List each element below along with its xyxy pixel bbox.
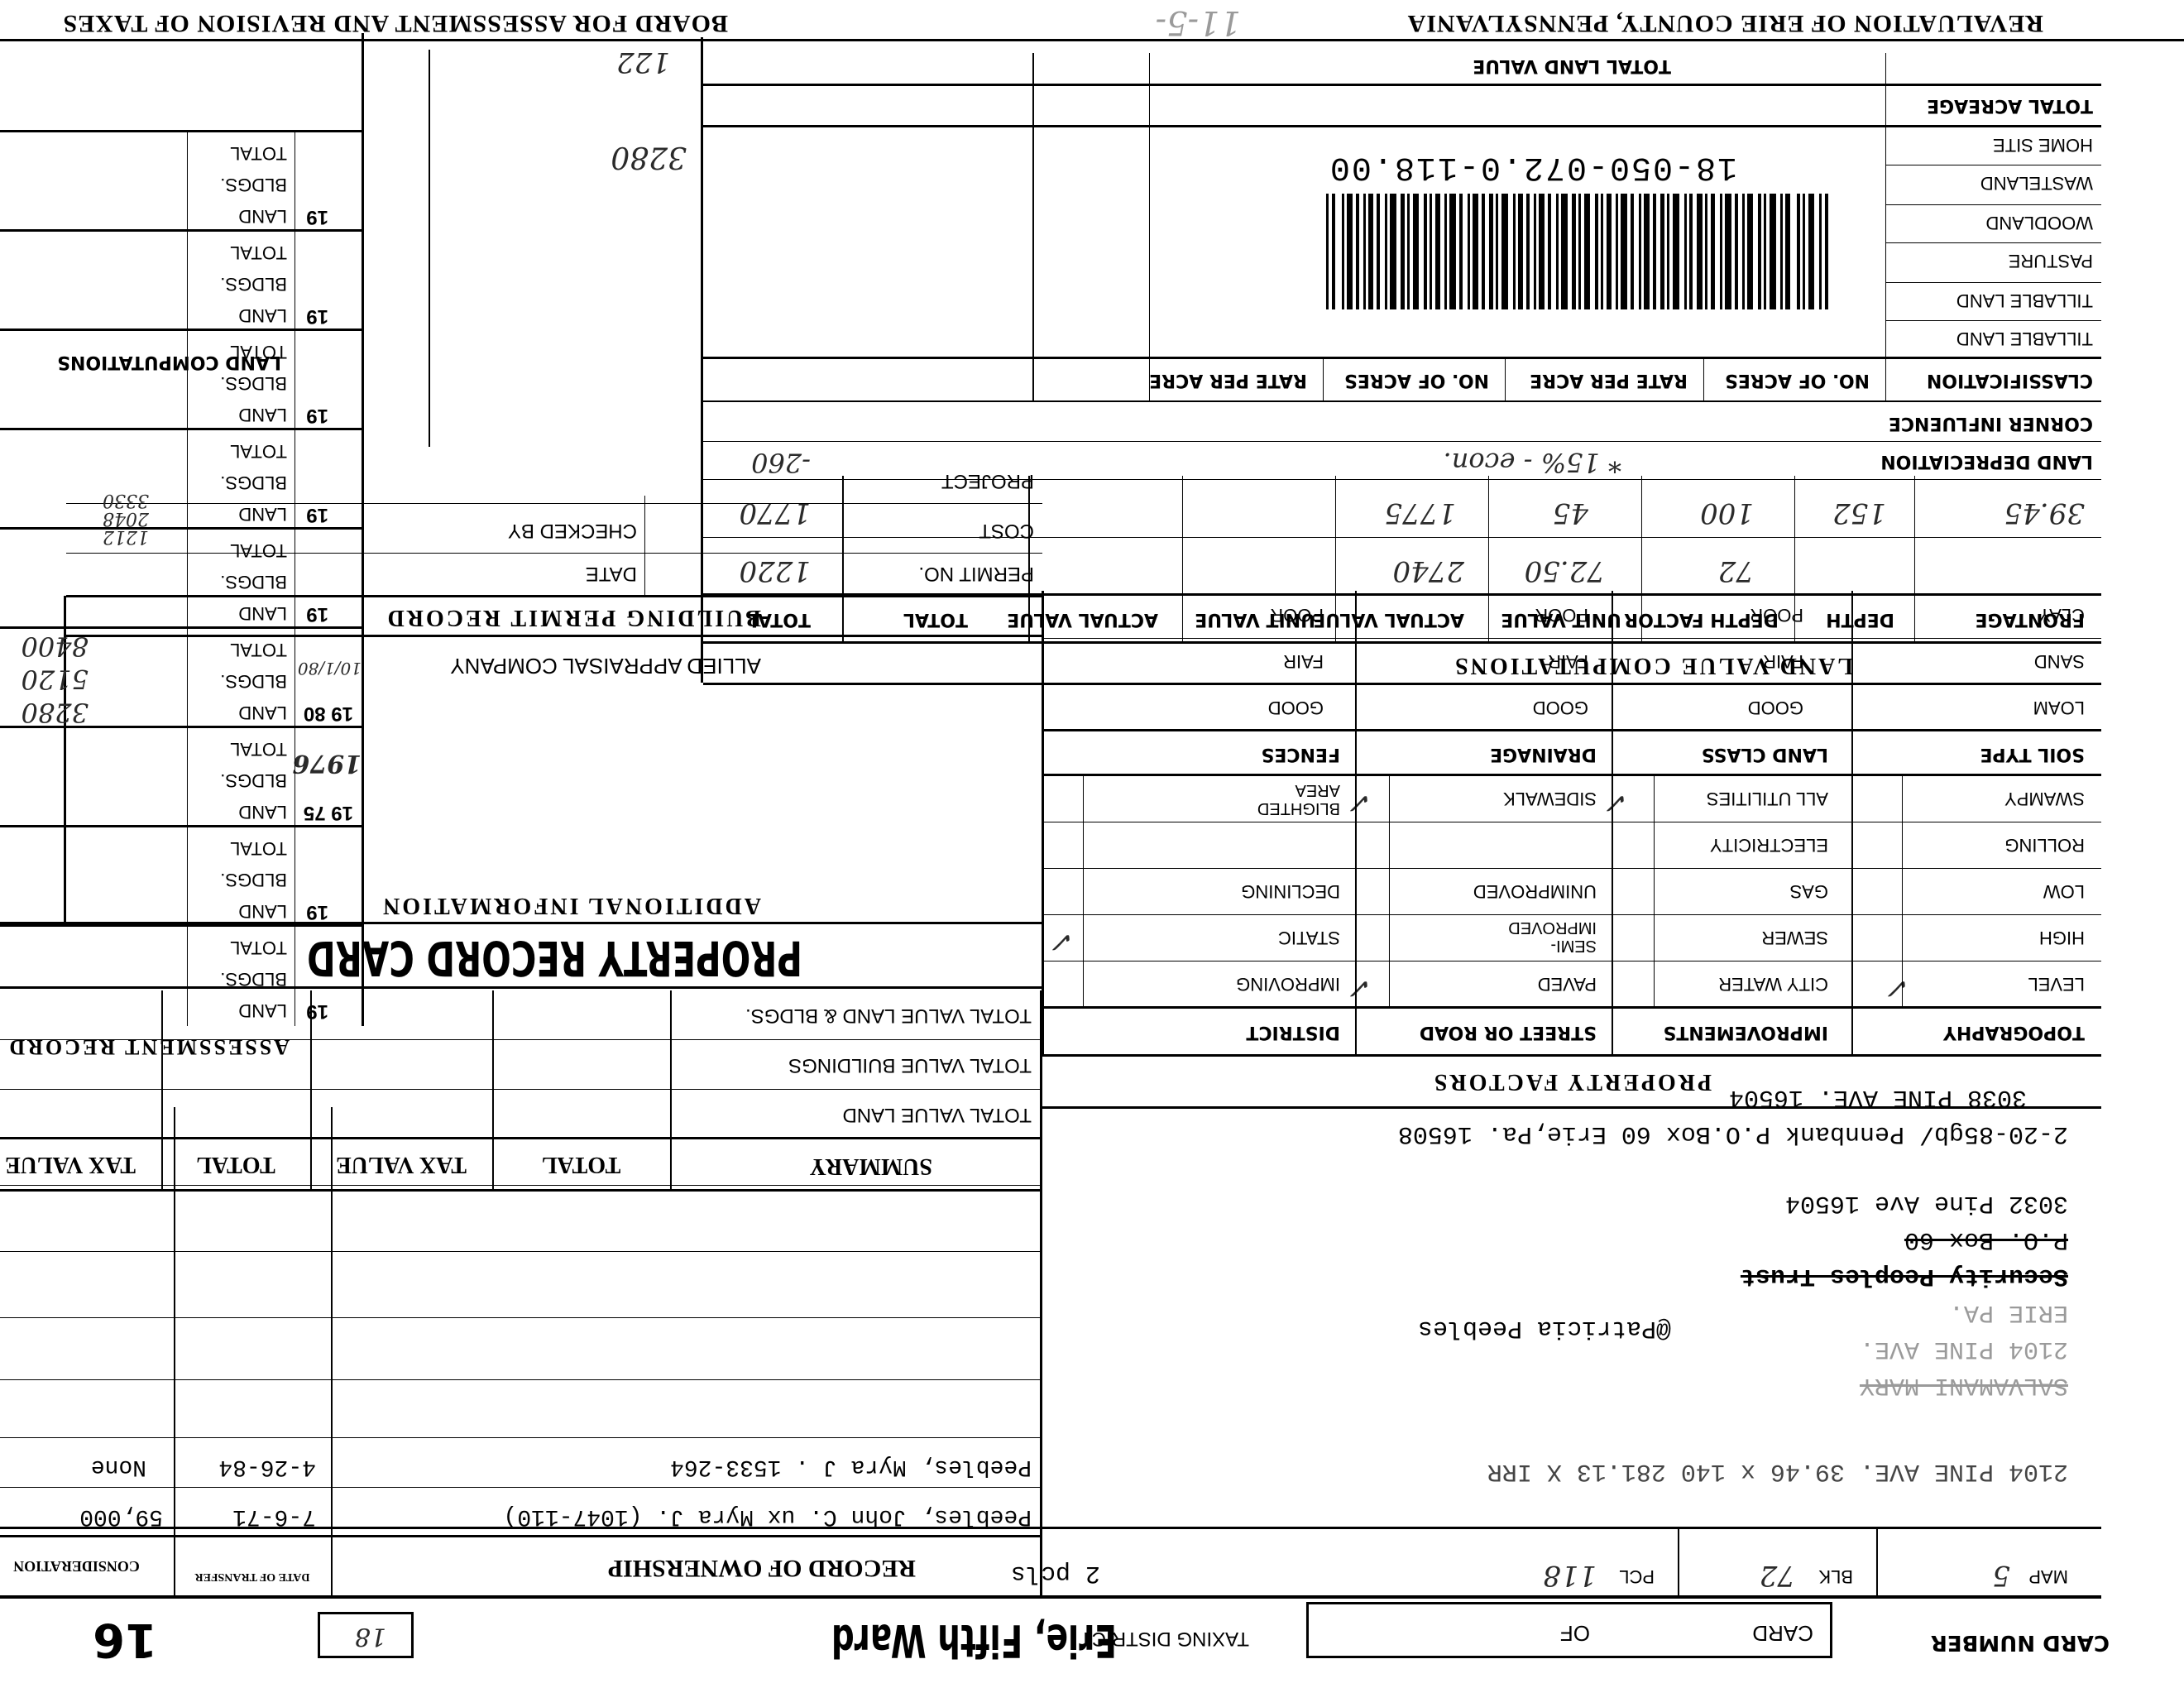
total-label: TOTAL [230, 639, 287, 660]
assessment-year: 19 [306, 900, 328, 923]
total-land-value-label: TOTAL LAND VALUE [1473, 55, 1671, 76]
actual-value: 1775 [1384, 496, 1456, 530]
address-line-4: Security Peoples Trust [1075, 1258, 2068, 1294]
pcl-value[interactable]: 118 [1543, 1559, 1597, 1592]
sidewalk-option[interactable]: SIDEWALK [1503, 788, 1597, 809]
summary-title: SUMMARY [810, 1153, 932, 1179]
address-line-7: 2-20-85gb/ Pennbank P.O.Box 60 Erie,Pa. … [1075, 1115, 2068, 1152]
sidewalk-check-icon[interactable]: ✓ [1350, 786, 1374, 819]
property-record-card-title: PROPERTY RECORD CARD [307, 930, 802, 986]
assessment-year: 19 75 [304, 801, 353, 824]
unit-value-header: UNIT VALUE [1501, 609, 1621, 630]
bldgs-label: BLDGS. [220, 472, 287, 493]
assessment-total-value: 8400 [22, 631, 89, 662]
address-line-1: SALVAMANI MARY [1075, 1367, 2068, 1403]
paved-check-icon[interactable]: ✓ [1350, 971, 1374, 1005]
right-divider [701, 37, 703, 683]
total-label: TOTAL [230, 440, 287, 462]
street-road-header: STREET OR ROAD [1420, 1022, 1597, 1043]
tillable-land-row-2: TILLABLE LAND [1956, 290, 2093, 311]
improvements-header: IMPROVEMENTS [1664, 1022, 1829, 1043]
frontage-value: 39.45 [2004, 496, 2085, 530]
property-factors-title: PROPERTY FACTORS [1042, 1054, 2101, 1106]
card-of-box[interactable]: CARD OF [1306, 1602, 1832, 1658]
wasteland-row: WASTELAND [1980, 172, 2093, 194]
taxing-district-value: Erie, Fifth Ward [831, 1614, 1117, 1666]
all-utilities-check-icon[interactable]: ✓ [1607, 786, 1631, 819]
map-label: MAP [2028, 1566, 2068, 1587]
ownership-row-3 [0, 1317, 1040, 1380]
board-title: BOARD FOR ASSESSMENT AND REVISION OF TAX… [63, 9, 728, 37]
pcl-label: PCL [1619, 1566, 1655, 1587]
land-label: LAND [238, 900, 287, 922]
total-land-value-prior: 122 [616, 46, 670, 79]
swampy-option[interactable]: SWAMPY [2004, 788, 2085, 809]
summary-row-label: TOTAL VALUE LAND [842, 1103, 1032, 1126]
summary-col-total-2: TOTAL [161, 1139, 312, 1189]
assessment-block-2: 19 75 1976 LAND BLDGS. TOTAL [0, 726, 362, 827]
assessment-year: 19 [306, 503, 328, 526]
land-depreciation-value: -260 [751, 447, 811, 478]
parcel-row: MAP 5 BLK 72 PCL 118 2 pcls [1042, 1529, 2101, 1595]
allied-appraisal-company: ALLIED APPRAISAL COMPANY [450, 653, 761, 679]
revaluation-title: REVALUATION OF ERIE COUNTY, PENNSYLVANIA [1407, 9, 2043, 37]
date-of-transfer-header: DATE OF TRANSFER [174, 1527, 333, 1595]
fences-good[interactable]: GOOD [1268, 697, 1324, 718]
depth-factor-value: 72 [1718, 554, 1754, 587]
level-option[interactable]: LEVEL [2028, 973, 2086, 995]
ownership-row-4 [0, 1251, 1040, 1318]
improving-option[interactable]: IMPROVING [1236, 973, 1340, 995]
unit-value-header-2: UNIT VALUE [1195, 609, 1315, 630]
soil-type-header: SOIL TYPE [1980, 744, 2086, 765]
home-site-row: HOME SITE [1993, 134, 2093, 156]
bottom-rule [0, 39, 2184, 41]
high-option[interactable]: HIGH [2039, 927, 2085, 948]
rolling-option[interactable]: ROLLING [2004, 834, 2085, 856]
total-acreage-row: TOTAL ACREAGE [1927, 95, 2093, 116]
assessment-year: 19 [306, 404, 328, 427]
summary-col-tax-value-2: TAX VALUE [0, 1139, 163, 1189]
gas-option[interactable]: GAS [1790, 880, 1828, 902]
no-of-acres-header-2: NO. OF ACRES [1344, 370, 1489, 391]
rate-per-acre-header-2: RATE PER ACRE [1149, 370, 1307, 391]
ownership-title: RECORD OF OWNERSHIP [608, 1554, 916, 1582]
bldgs-label: BLDGS. [220, 571, 287, 592]
drainage-good[interactable]: GOOD [1533, 697, 1588, 718]
land-label: LAND [238, 305, 287, 326]
total-label: TOTAL [230, 937, 287, 958]
owner-address-block: 2104 PINE AVE. 39.46 x 140 281.13 X IRR … [1075, 1079, 2068, 1489]
bldgs-label: BLDGS. [220, 770, 287, 791]
assessment-year: 19 [306, 305, 328, 328]
assessment-record-title: ASSESSMENT RECORD [7, 1034, 290, 1059]
ownership-row-0: Peebles, John C. ux Myra J. (1047-110) 7… [0, 1487, 1040, 1537]
total-label: TOTAL [230, 738, 287, 760]
address-line-6: 3032 Pine Ave 16504 [1075, 1185, 2068, 1221]
land-value-computations-title: LAND VALUE COMPUTATIONS [1453, 652, 1853, 679]
unimproved-option[interactable]: UNIMPROVED [1473, 880, 1597, 902]
assessment-block-6: 19 LAND BLDGS. TOTAL [0, 328, 362, 430]
all-utilities-option[interactable]: ALL UTILITIES [1707, 788, 1828, 809]
level-check-icon[interactable]: ✓ [1888, 971, 1912, 1005]
assessment-block-4: 19 LAND BLDGS. TOTAL [0, 527, 362, 629]
summary-row-label: TOTAL VALUE BUILDINGS [788, 1053, 1032, 1077]
assessment-land-value: 3280 [22, 697, 89, 728]
assessment-year: 19 [306, 602, 328, 626]
rate-per-acre-header: RATE PER ACRE [1530, 370, 1688, 391]
fences-fair[interactable]: FAIR [1283, 650, 1324, 672]
land-label: LAND [238, 801, 287, 822]
classification-table: CLASSIFICATION NO. OF ACRES RATE PER ACR… [703, 53, 2101, 400]
ownership-consideration: 59,000 [79, 1503, 163, 1529]
bldgs-label: BLDGS. [220, 174, 287, 195]
assessment-stamp: 1976 [293, 749, 362, 778]
ownership-date: 7-6-71 [232, 1503, 316, 1529]
handwritten-date: 11-5- [1156, 3, 1241, 41]
address-line-5: P.O. Box 60 [1075, 1221, 2068, 1258]
assessment-bldgs-value: 5120 [22, 664, 89, 695]
land-label: LAND [238, 205, 287, 227]
bldgs-label: BLDGS. [220, 273, 287, 295]
ownership-consideration: None [91, 1454, 146, 1479]
summary-col-tax-value: TAX VALUE [310, 1139, 494, 1189]
total-label: TOTAL [230, 341, 287, 362]
bldgs-label: BLDGS. [220, 670, 287, 692]
assessment-block-5: 19 LAND BLDGS. TOTAL [0, 428, 362, 530]
bldgs-label: BLDGS. [220, 968, 287, 990]
land-class-good[interactable]: GOOD [1748, 697, 1803, 718]
right-divider-2 [429, 50, 430, 447]
total-value: 1220 [739, 554, 811, 587]
assessment-record-table: 19 LAND BLDGS. TOTAL 19 LAND BLDGS. TOTA… [0, 33, 364, 1026]
pasture-row: PASTURE [2009, 250, 2093, 271]
paved-option[interactable]: PAVED [1538, 973, 1597, 995]
ownership-row-2 [0, 1379, 1040, 1438]
assessment-block-1: 19 LAND BLDGS. TOTAL [0, 825, 362, 927]
district-header: DISTRICT [1246, 1022, 1340, 1043]
sewer-option[interactable]: SEWER [1761, 927, 1828, 948]
assessment-block-8: 19 LAND BLDGS. TOTAL [0, 130, 362, 232]
stamp-box: 18 [318, 1612, 414, 1658]
land-class-header: LAND CLASS [1702, 744, 1828, 765]
topography-header: TOPOGRAPHY [1943, 1022, 2085, 1043]
land-value-row-1: 39.45 152 100 45 1775 1770 [703, 479, 2101, 538]
land-label: LAND [238, 503, 287, 525]
total-header: TOTAL [903, 609, 968, 630]
fences-header: FENCES [1262, 744, 1341, 765]
assessment-block-0: 19 LAND BLDGS. TOTAL [0, 924, 362, 1026]
depth-factor-header: DEPTH FACTOR [1624, 609, 1779, 630]
depth-value: 152 [1832, 496, 1886, 530]
total-label: TOTAL [230, 837, 287, 859]
assessment-block-3: 19 80 10/1/80 LAND BLDGS. TOTAL 3280 512… [0, 626, 362, 728]
summary-row-land: TOTAL VALUE LAND [0, 1089, 1040, 1139]
city-water-option[interactable]: CITY WATER [1718, 973, 1828, 995]
static-option[interactable]: STATIC [1278, 927, 1340, 948]
blk-value[interactable]: 72 [1760, 1559, 1795, 1592]
blk-label: BLK [1818, 1566, 1853, 1587]
total-label: TOTAL [230, 242, 287, 263]
assessment-stamp: 10/1/80 [298, 659, 362, 679]
land-label: LAND [238, 702, 287, 723]
ward-number: 16 [93, 1613, 157, 1666]
total-land-value: 3280 [611, 140, 687, 174]
depth-header: DEPTH [1826, 609, 1894, 630]
ownership-owner: Peebles, Myra J . 1533-264 [670, 1454, 1032, 1479]
land-label: LAND [238, 602, 287, 624]
drainage-header: DRAINAGE [1490, 744, 1597, 765]
care-of-line: @Patricia Peebles [1418, 1314, 1671, 1342]
electricity-option[interactable]: ELECTRICITY [1710, 834, 1828, 856]
tillable-land-row: TILLABLE LAND [1956, 328, 2093, 349]
parcel-id: 18-050-072.0-118.00 [1329, 148, 1737, 185]
land-depreciation-note: * 15% - econ. [1444, 447, 1621, 478]
declining-option[interactable]: DECLINING [1241, 880, 1340, 902]
total-header-2: TOTAL [746, 609, 811, 630]
depth-factor-value: 100 [1700, 496, 1754, 530]
land-label: LAND [238, 404, 287, 425]
sand-option[interactable]: SAND [2034, 650, 2085, 672]
assessment-block-7: 19 LAND BLDGS. TOTAL [0, 229, 362, 331]
total-label: TOTAL [230, 539, 287, 561]
ownership-date: 4-26-84 [218, 1454, 316, 1479]
no-of-acres-header: NO. OF ACRES [1725, 370, 1870, 391]
ownership-owner: Peebles, John C. ux Myra J. (1047-110) [503, 1503, 1032, 1529]
checked-by-label: CHECKED BY [508, 519, 637, 542]
corner-influence-label: CORNER INFLUENCE [1889, 413, 2093, 434]
ownership-row-1: Peebles, Myra J . 1533-264 4-26-84 None [0, 1437, 1040, 1488]
total-label: TOTAL [230, 142, 287, 164]
unit-value: 72.50 [1525, 554, 1605, 587]
consideration-header: CONSIDERATION [0, 1537, 175, 1595]
card-label: CARD [1752, 1620, 1813, 1646]
woodland-row: WOODLAND [1985, 212, 2093, 233]
barcode-icon [1175, 194, 1828, 309]
semi-improved-option[interactable]: SEMI-IMPROVED [1464, 918, 1597, 955]
classification-header: CLASSIFICATION [1927, 370, 2093, 391]
land-value-row-0: 72 72.50 2740 1220 [703, 537, 2101, 596]
frontage-header: FRONTAGE [1976, 609, 2086, 630]
address-line-0: 2104 PINE AVE. 39.46 x 140 281.13 X IRR [1075, 1453, 2068, 1489]
property-record-card: CARD NUMBER CARD OF TAXING DISTRICT Erie… [0, 0, 2184, 1688]
land-label: LAND [238, 1000, 287, 1021]
summary-col-total: TOTAL [492, 1139, 672, 1189]
actual-value: 2740 [1392, 554, 1464, 587]
card-number-label: CARD NUMBER [1931, 1630, 2110, 1655]
total-value: 1770 [739, 496, 811, 530]
loam-option[interactable]: LOAM [2033, 697, 2085, 718]
assessment-year: 19 [306, 205, 328, 228]
assessment-year: 19 [306, 1000, 328, 1023]
stamp-number: 18 [355, 1622, 386, 1651]
map-value[interactable]: 5 [1992, 1559, 2010, 1592]
summary-row-label: TOTAL VALUE LAND & BLDGS. [745, 1004, 1032, 1027]
bldgs-label: BLDGS. [220, 372, 287, 394]
ownership-row-5 [0, 1185, 1040, 1252]
static-check-icon[interactable]: ✓ [1052, 925, 1076, 958]
card-top-strip: CARD NUMBER CARD OF TAXING DISTRICT Erie… [0, 1605, 2184, 1655]
assessment-year: 19 80 [304, 702, 353, 725]
of-label: OF [1560, 1620, 1590, 1646]
low-option[interactable]: LOW [2043, 880, 2085, 902]
blighted-area-option[interactable]: BLIGHTED AREA [1224, 781, 1340, 818]
land-depreciation-label: LAND DEPRECIATION [1880, 451, 2093, 472]
date-label: DATE [586, 562, 637, 585]
unit-value: 45 [1553, 496, 1588, 530]
bldgs-label: BLDGS. [220, 869, 287, 890]
